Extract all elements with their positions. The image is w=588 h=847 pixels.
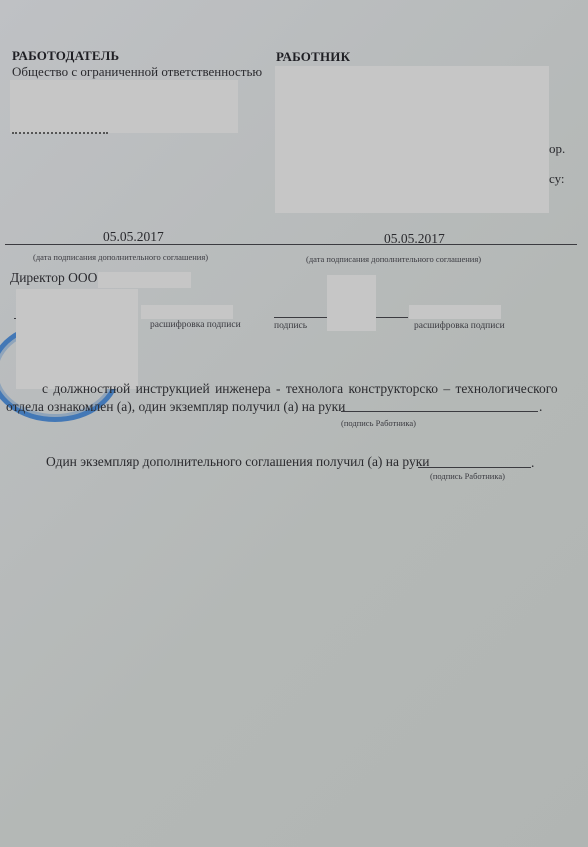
- redacted-employer-details: [10, 80, 238, 133]
- employee-heading: РАБОТНИК: [276, 49, 350, 65]
- employer-date: 05.05.2017: [103, 229, 164, 245]
- date-line: [5, 244, 577, 245]
- receipt-text: Один экземпляр дополнительного соглашени…: [46, 454, 430, 470]
- employee-partial-text-2: су:: [549, 171, 565, 187]
- redacted-employee-details: [275, 66, 549, 213]
- employee-signature-caption: подпись: [274, 321, 307, 331]
- employer-org-type: Общество с ограниченной ответственностью: [12, 64, 262, 80]
- employee-date-caption: (дата подписания дополнительного соглаше…: [306, 254, 481, 264]
- acknowledgement-signature-line: [341, 411, 538, 412]
- acknowledgement-line-1: с должностной инструкцией инженера - тех…: [42, 381, 558, 397]
- redacted-employee-signature: [327, 275, 376, 331]
- receipt-caption: (подпись Работника): [430, 471, 505, 481]
- employee-partial-text-1: ор.: [549, 141, 565, 157]
- dotted-underline: [12, 132, 108, 136]
- redacted-employer-signature: [16, 289, 138, 389]
- receipt-signature-line: [418, 467, 531, 468]
- acknowledgement-line-2: отдела ознакомлен (а), один экземпляр по…: [6, 399, 345, 415]
- redacted-company-name: [98, 272, 191, 288]
- employee-decode-caption: расшифровка подписи: [414, 321, 505, 331]
- redacted-employee-name: [409, 305, 501, 319]
- receipt-period: .: [531, 455, 534, 471]
- redacted-employer-name: [141, 305, 233, 319]
- employer-decode-caption: расшифровка подписи: [150, 320, 241, 330]
- employer-date-caption: (дата подписания дополнительного соглаше…: [33, 252, 208, 262]
- acknowledgement-caption: (подпись Работника): [341, 418, 416, 428]
- employer-heading: РАБОТОДАТЕЛЬ: [12, 48, 119, 64]
- director-label: Директор ООО: [10, 270, 97, 286]
- acknowledgement-period: .: [539, 399, 542, 415]
